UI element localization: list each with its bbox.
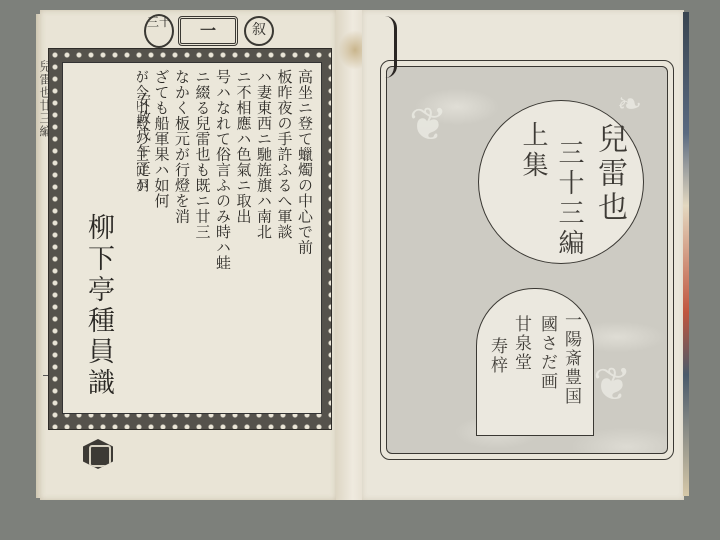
phoenix-motif-icon: ❦ (593, 357, 632, 411)
author-signature: 柳下亭種員識 (79, 213, 118, 399)
title-volume: 三十三編 (551, 139, 588, 259)
artist-line-2: 國さだ画 (535, 315, 560, 391)
stamp-left: 三十 (144, 14, 174, 48)
text-column: なかく板元が行燈を消 (172, 69, 193, 409)
title-main: 兒雷也 (587, 123, 631, 225)
publisher-mark: 寿梓 (485, 337, 510, 375)
stamp-page-number: 一 (178, 16, 238, 46)
text-column: 号ハなれて俗言ふのみ時ハ蛙 (213, 69, 234, 409)
text-column: ニ不相應ハ色氣ニ取出 (233, 69, 254, 409)
text-column: ニ綴る兒雷也も既ニ廿三 (192, 69, 213, 409)
date-line: 安政戊午正月 (133, 93, 153, 195)
text-column: 板昨夜の手許ふるへ軍談 (274, 69, 295, 409)
text-column: ハ妻東西ニ馳旌旗ハ南北 (254, 69, 275, 409)
publisher-panel: 一陽斎豊国 國さだ画 甘泉堂 寿梓 (476, 288, 594, 436)
text-column: ざても船軍果ハ如何 (151, 69, 172, 409)
preface-text-panel: 高坐ニ登て蠟燭の中心で前 板昨夜の手許ふるへ軍談 ハ妻東西ニ馳旌旗ハ南北 ニ不相… (62, 62, 322, 414)
text-column: 高坐ニ登て蠟燭の中心で前 (295, 69, 316, 409)
title-circle: 兒雷也 三十三編 上集 (478, 100, 644, 264)
publisher-name: 甘泉堂 (509, 315, 534, 372)
book-spread: 三十 一 叙 兒雷也廿三編 高坐ニ登て蠟燭の中心で前 板昨夜の手許ふるへ軍談 ハ… (0, 0, 720, 540)
phoenix-motif-icon: ❦ (409, 97, 448, 151)
preface-body: 高坐ニ登て蠟燭の中心で前 板昨夜の手許ふるへ軍談 ハ妻東西ニ馳旌旗ハ南北 ニ不相… (137, 69, 315, 409)
bird-motif-icon: ❧ (617, 87, 642, 122)
stamp-right: 叙 (244, 16, 274, 46)
artist-line-1: 一陽斎豊国 (559, 311, 584, 406)
title-part: 上集 (515, 121, 552, 181)
book-gutter (336, 10, 364, 500)
book-fore-edge (683, 12, 689, 496)
binding-thread (384, 16, 397, 78)
